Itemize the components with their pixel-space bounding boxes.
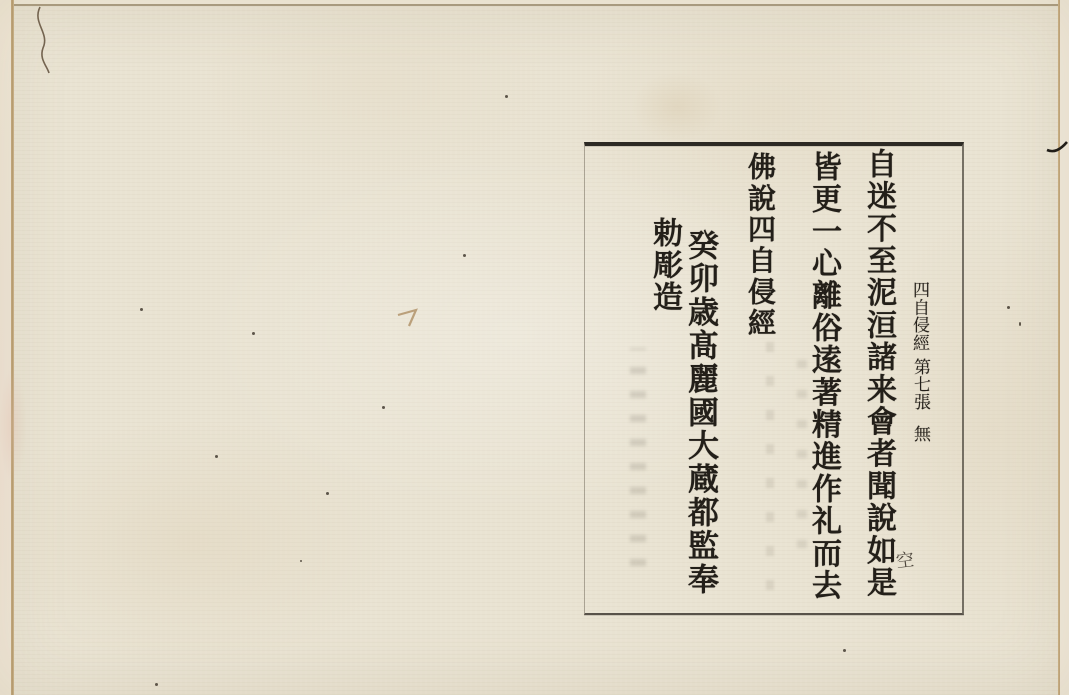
sutra-title-column: 佛說四自侵經 — [746, 152, 774, 339]
ink-speck — [140, 308, 143, 311]
margin-sheet-number: 第七張 — [911, 358, 928, 411]
ink-speck — [382, 406, 385, 409]
colophon-date-column: 癸卯歳髙麗國大蔵都監奉 — [684, 229, 715, 596]
handwritten-case-mark: 空 — [893, 550, 913, 570]
ink-speck — [1007, 306, 1010, 309]
colophon-edict-column: 勅彫造 — [649, 217, 679, 313]
ink-speck — [252, 332, 255, 335]
right-page-edge — [1060, 0, 1069, 695]
ink-speck — [300, 560, 302, 562]
ink-speck — [505, 95, 508, 98]
ink-speck — [155, 683, 158, 686]
ink-speck — [326, 492, 329, 495]
left-fold-strip — [0, 0, 11, 695]
sutra-scan-page: 自迷不至泥洹諸来會者聞說如是 皆更一心離俗逺著精進作礼而去 四自侵經 第七張 無… — [0, 0, 1069, 695]
left-fold-seam — [11, 0, 14, 695]
margin-case-char: 無 — [911, 425, 928, 442]
ink-speck — [215, 455, 218, 458]
ink-speck — [1019, 322, 1021, 326]
ink-speck — [463, 254, 466, 257]
margin-sutra-abbrev: 四自侵經 — [910, 281, 927, 351]
main-text-column-2: 皆更一心離俗逺著精進作礼而去 — [808, 151, 838, 602]
ink-speck — [843, 649, 846, 652]
paper-top-edge-line — [0, 4, 1069, 6]
main-text-column-1: 自迷不至泥洹諸来會者聞說如是 — [863, 148, 893, 599]
